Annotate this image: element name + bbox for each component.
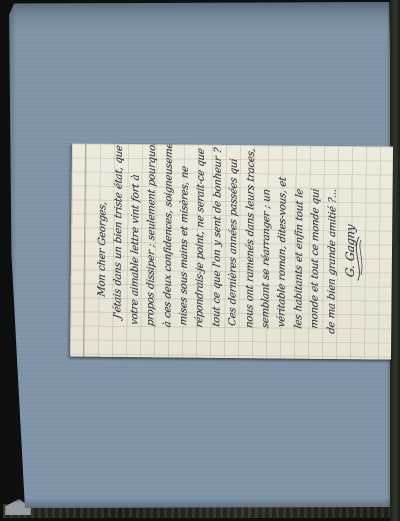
signature-paraph [353, 230, 365, 284]
letter-salutation: Mon cher Georges, [95, 143, 113, 298]
handwriting-line: votre aimable lettre vint fort à [127, 143, 145, 326]
handwriting-line: nous ont ramenés dans leurs traces, [242, 144, 260, 330]
handwriting-line: répondrais-je point, ne serait-ce que [193, 143, 211, 329]
letter-text-rotated: Mon cher Georges, J'étais dans un bien t… [70, 143, 393, 359]
letter-paper: Mon cher Georges, J'étais dans un bien t… [70, 143, 393, 359]
letter-body: J'étais dans un bien triste état, quevot… [111, 144, 326, 329]
handwriting-line: Ces dernières années passées qui [226, 144, 244, 328]
scanned-letter-photo: Mon cher Georges, J'étais dans un bien t… [0, 0, 400, 521]
signature-row: G. Gagny [342, 145, 360, 279]
handwriting-line: propos dissiper ; seulement pourquoi [144, 143, 162, 327]
handwriting-line: véritable roman, dites-vous, et [275, 144, 293, 329]
handwriting-line: à ces deux confidences, soigneusement [160, 143, 178, 328]
letter-closing-line: de ma bien grande amitié ?... [324, 145, 342, 336]
handwriting-line: J'étais dans un bien triste état, que [111, 143, 129, 328]
handwriting-line: monde et tout ce monde qui [308, 144, 326, 330]
